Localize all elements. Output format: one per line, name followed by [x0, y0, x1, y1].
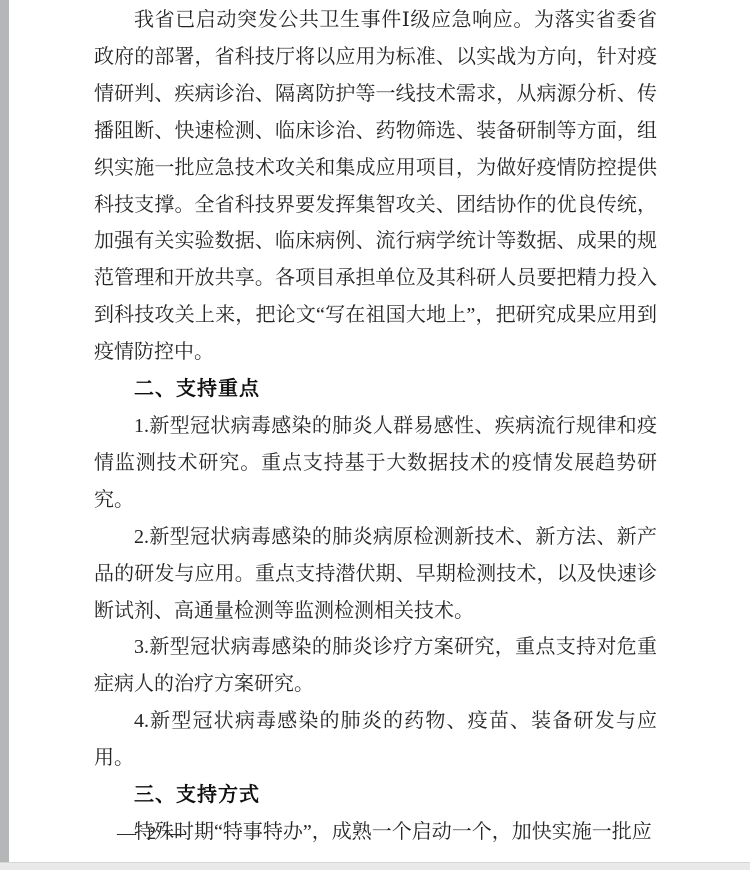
support-item-2: 2.新型冠状病毒感染的肺炎病原检测新技术、新方法、新产品的研发与应用。重点支持潜… [94, 519, 657, 630]
support-item-1: 1.新型冠状病毒感染的肺炎人群易感性、疾病流行规律和疫情监测技术研究。重点支持基… [94, 408, 657, 519]
scan-edge-strip [0, 0, 9, 862]
support-item-3: 3.新型冠状病毒感染的肺炎诊疗方案研究，重点支持对危重症病人的治疗方案研究。 [94, 629, 657, 703]
section-heading-support-method: 三、支持方式 [94, 777, 657, 814]
page-number: — 2 — [117, 822, 189, 846]
window-bottom-bar [0, 862, 750, 870]
scanned-document-viewport: 我省已启动突发公共卫生事件Ⅰ级应急响应。为落实省委省政府的部署，省科技厅将以应用… [0, 0, 750, 870]
section-heading-support-priorities: 二、支持重点 [94, 371, 657, 408]
document-page: 我省已启动突发公共卫生事件Ⅰ级应急响应。为落实省委省政府的部署，省科技厅将以应用… [94, 2, 657, 851]
paragraph-emergency-response: 我省已启动突发公共卫生事件Ⅰ级应急响应。为落实省委省政府的部署，省科技厅将以应用… [94, 2, 657, 371]
support-item-4: 4.新型冠状病毒感染的肺炎的药物、疫苗、装备研发与应用。 [94, 703, 657, 777]
